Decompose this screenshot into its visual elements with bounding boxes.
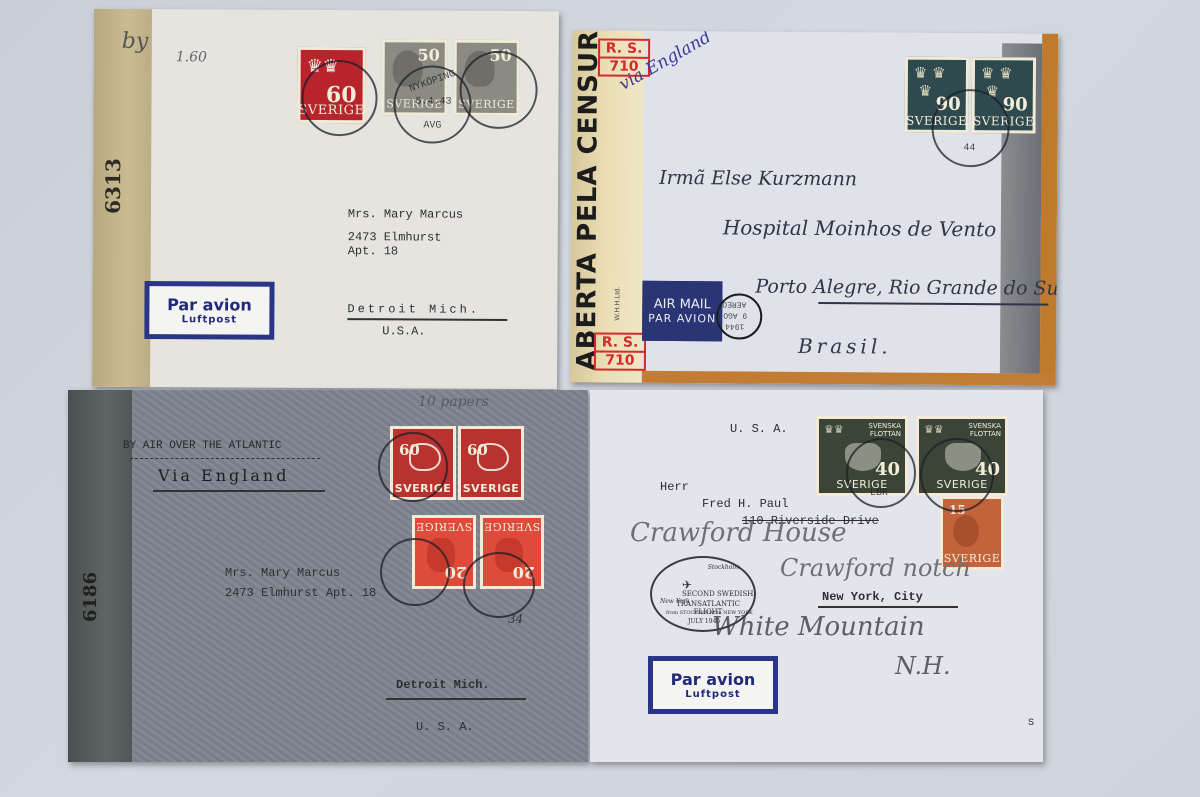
routing-line: Via England — [158, 466, 289, 485]
address-line: 2473 Elmhurst Apt. 18 — [225, 586, 376, 600]
address-line: Detroit Mich. — [347, 302, 480, 317]
stamp-value: 50 — [417, 45, 439, 64]
postmark — [463, 552, 535, 618]
airmail-label: AIR MAIL PAR AVION — [642, 281, 722, 342]
address-line: Herr — [660, 480, 689, 494]
address-underline — [347, 318, 507, 320]
address-underline — [818, 606, 958, 608]
postmark-code: LBR — [870, 488, 888, 499]
stamp-header: SVENSKA FLOTTAN — [861, 422, 901, 438]
cover-top-left: 6313 by 1.60 ♛♛ 60 SVERIGE 50 SVERIGE 50… — [92, 9, 559, 389]
address-line: Mrs. Mary Marcus — [225, 566, 340, 580]
crowns-icon: ♛♛ — [824, 423, 844, 436]
address-line: Hospital Moinhos de Vento — [723, 215, 997, 241]
pencil-note: by — [122, 29, 149, 54]
address-line: 2473 Elmhurst — [348, 230, 442, 244]
pencil-mark: 34 — [508, 612, 523, 626]
airmail-label-title: AIR MAIL — [654, 297, 711, 312]
flight-cachet: Stockholm New York ✈ SECOND SWEDISH TRAN… — [650, 556, 756, 632]
censor-mark-line1: R. S. — [596, 334, 644, 350]
postmark — [931, 89, 1010, 168]
address-line: Detroit Mich. — [396, 678, 490, 692]
arrival-postmark-text: 1944 — [725, 321, 744, 330]
pencil-note: 10 papers — [418, 394, 489, 410]
stamp-map: 60 SVERIGE — [458, 426, 524, 500]
censor-text: ABERTA PELA CENSURA — [572, 30, 605, 370]
stamp-value: 60 — [467, 441, 488, 459]
stamp-country: SVERIGE — [463, 482, 520, 495]
censor-number: 6186 — [80, 572, 101, 622]
postmark — [378, 432, 448, 502]
censor-mark-bottom: R. S. 710 — [594, 332, 646, 370]
censor-mark-line2: 710 — [596, 350, 644, 368]
printer-note: W.H.H.Ltd. — [614, 287, 621, 321]
address-line: Irmã Else Kurzmann — [659, 167, 857, 190]
cover-bottom-left: 6186 10 papers BY AIR OVER THE ATLANTIC … — [68, 390, 588, 762]
postmark — [459, 51, 537, 129]
censor-number: 6313 — [101, 158, 125, 214]
forwarding-address: N.H. — [895, 652, 951, 680]
address-line: Porto Alegre, Rio Grande do Sul — [755, 276, 1058, 300]
country-line: U. S. A. — [730, 422, 788, 436]
envelope-tape-bottom — [570, 370, 1056, 385]
airmail-label-subtitle: PAR AVION — [648, 312, 716, 325]
arrival-postmark-text: AEREO — [722, 299, 746, 308]
routing-underline — [153, 490, 325, 492]
address-line: Apt. 18 — [348, 244, 398, 258]
routing-underline — [130, 458, 320, 460]
address-line: Fred H. Paul — [702, 497, 788, 511]
censor-mark-line1: R. S. — [600, 41, 648, 57]
address-line: U. S. A. — [416, 720, 474, 734]
stamp-country: SVERIGE — [484, 520, 540, 533]
postmark — [380, 538, 450, 606]
stamp-header: SVENSKA FLOTTAN — [961, 422, 1001, 438]
cachet-line: SECOND SWEDISH — [682, 590, 753, 598]
postmark — [301, 60, 377, 136]
address-line: New York, City — [822, 590, 923, 604]
cachet-line: from STOCKHOLM to NEW YORK — [666, 610, 753, 616]
address-underline — [386, 698, 526, 700]
cachet-line: JULY 1945 — [688, 618, 720, 625]
envelope-tape-edge — [1040, 34, 1058, 386]
stamp-country: SVERIGE — [416, 520, 472, 533]
postmark-year: 44 — [963, 143, 975, 154]
postmark — [920, 438, 994, 512]
cover-bottom-right: U. S. A. SVENSKA FLOTTAN ♛♛ 40 SVERIGE S… — [590, 390, 1043, 762]
forwarding-address: Crawford notch — [780, 554, 971, 582]
address-underline — [818, 302, 1048, 305]
routing-line: BY AIR OVER THE ATLANTIC — [123, 440, 281, 452]
pencil-note: 1.60 — [176, 49, 207, 65]
airmail-label-subtitle: Luftpost — [182, 314, 237, 325]
postmark-date: 5.4.43 — [415, 96, 451, 107]
address-line: U.S.A. — [382, 324, 425, 338]
address-line: Mrs. Mary Marcus — [348, 207, 463, 222]
address-line: Brasil. — [798, 334, 892, 359]
airmail-label-subtitle: Luftpost — [685, 689, 740, 700]
forwarding-address: Crawford House — [630, 518, 847, 548]
cover-top-right: ABERTA PELA CENSURA W.H.H.Ltd. R. S. 710… — [570, 30, 1058, 385]
crowns-icon: ♛♛ — [924, 423, 944, 436]
cachet-map-label: Stockholm — [708, 564, 740, 571]
airmail-label: Par avion Luftpost — [144, 281, 274, 340]
arrival-postmark-text: 9 AGO — [723, 310, 747, 319]
airmail-label-title: Par avion — [167, 295, 252, 314]
postmark-code: AVG — [423, 121, 441, 132]
portrait-icon — [953, 515, 979, 547]
airmail-label-title: Par avion — [671, 670, 756, 689]
corner-mark: S — [1028, 718, 1034, 729]
airmail-label: Par avion Luftpost — [648, 656, 778, 714]
